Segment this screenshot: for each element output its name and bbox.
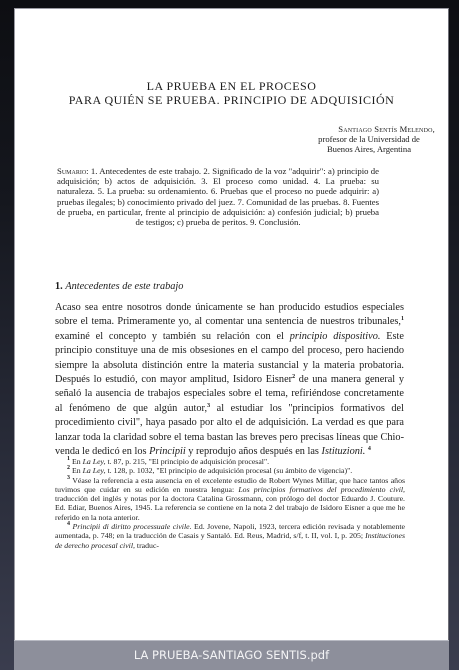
title-line-2: PARA QUIÉN SE PRUEBA. PRINCIPIO DE ADQUI… — [15, 93, 448, 107]
summary-text: 1. Antecedentes de este trabajo. 2. Sign… — [57, 166, 379, 227]
footnote-text: t. 87, p. 215, "El principio de adquisic… — [106, 457, 270, 466]
body-italic-run: principio dispositivo. — [290, 331, 381, 342]
body-italic-run: Istituzioni. — [322, 446, 366, 457]
body-paragraph: Acaso sea entre nosotros donde únicament… — [55, 301, 404, 459]
footnote-italic: Los prin­cipios formativos del procedimi… — [238, 485, 405, 494]
footnote-3: 3 Véase la referencia a esta ausencia en… — [55, 476, 405, 522]
body-text-run: Acaso sea entre nosotros donde únicament… — [55, 302, 404, 327]
footnote-text: t. 128, p. 1032, "El principio de adquis… — [106, 466, 353, 475]
footnote-text: traduc- — [135, 541, 159, 550]
author-affiliation-2: Buenos Aires, Argentina — [285, 144, 435, 154]
section-title: Antecedentes de este trabajo — [65, 281, 183, 292]
filename-caption-bar: LA PRUEBA-SANTIAGO SENTIS.pdf — [14, 640, 449, 670]
footnote-ref-1[interactable]: 1 — [401, 316, 404, 322]
footnote-2: 2 En La Ley, t. 128, p. 1032, "El princi… — [55, 466, 405, 475]
footnote-text: En — [70, 466, 83, 475]
body-text-run: y reprodujo años después en las — [186, 446, 322, 457]
author-name: Santiago Sentís Melendo, — [285, 124, 435, 134]
summary-label: Sumario: — [57, 166, 89, 176]
footnote-4: 4 Principii di diritto processuale civil… — [55, 522, 405, 550]
footnote-italic: La Ley, — [83, 466, 106, 475]
filename-label: LA PRUEBA-SANTIAGO SENTIS.pdf — [134, 648, 329, 662]
footnote-italic: Principii di diritto processuale civile. — [73, 522, 192, 531]
footnote-text: traducción del inglés y notas por la doc… — [55, 494, 405, 522]
summary: Sumario: 1. Antecedentes de este trabajo… — [57, 166, 379, 227]
author-affiliation-1: profesor de la Universidad de — [285, 134, 435, 144]
body-text-run: examiné el concepto y también su relació… — [55, 331, 290, 342]
footnote-text: En — [70, 457, 83, 466]
document-title: LA PRUEBA EN EL PROCESO PARA QUIÉN SE PR… — [15, 79, 448, 107]
footnote-ref-4[interactable]: 4 — [368, 446, 371, 452]
section-heading: 1. Antecedentes de este trabajo — [55, 281, 183, 292]
footnote-italic: La Ley, — [83, 457, 106, 466]
footnotes: 1 En La Ley, t. 87, p. 215, "El principi… — [55, 457, 405, 550]
section-number: 1. — [55, 281, 63, 292]
author-block: Santiago Sentís Melendo, profesor de la … — [285, 124, 435, 154]
footnote-1: 1 En La Ley, t. 87, p. 215, "El principi… — [55, 457, 405, 466]
pdf-page[interactable]: LA PRUEBA EN EL PROCESO PARA QUIÉN SE PR… — [14, 8, 449, 640]
title-line-1: LA PRUEBA EN EL PROCESO — [15, 79, 448, 93]
body-italic-run: Principii — [149, 446, 186, 457]
